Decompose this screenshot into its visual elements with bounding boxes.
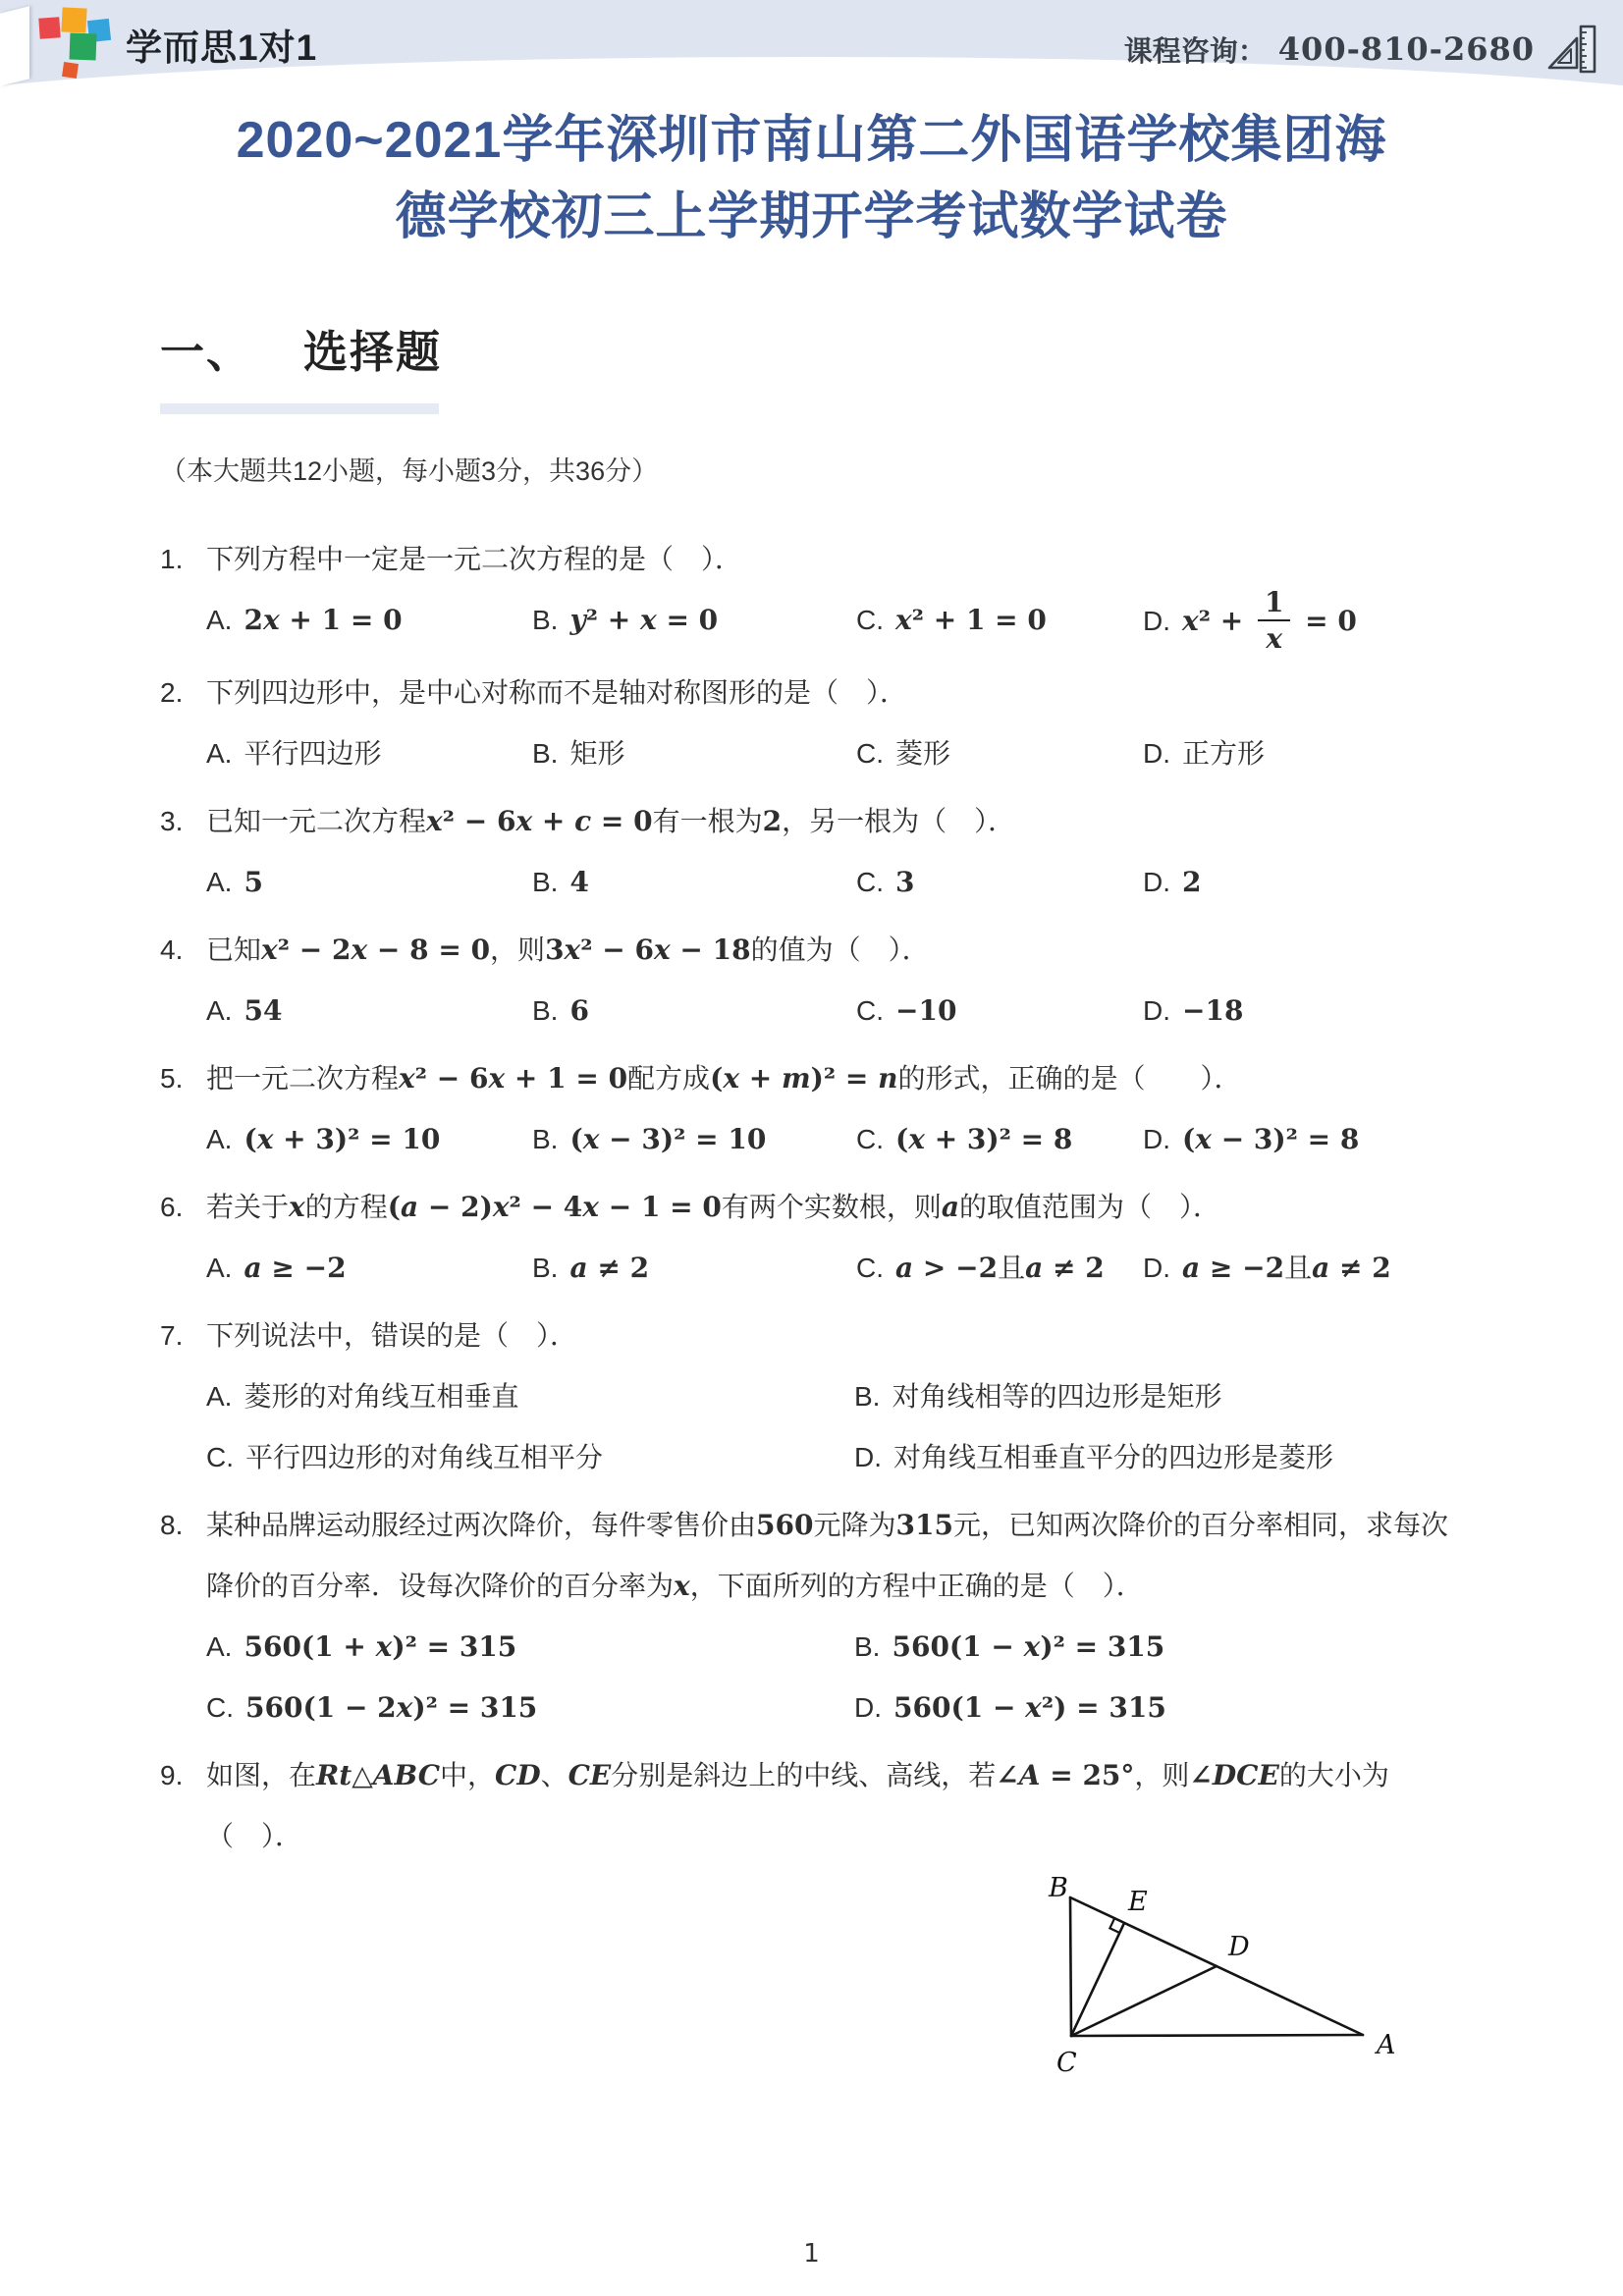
text-segment: 对角线互相垂直平分的四边形是菱形 [893,1442,1333,1472]
math-segment: (x − 3)² = 8 [1182,1123,1359,1155]
math-segment: CD [495,1759,541,1791]
page-number: 1 [0,2239,1623,2269]
question-6: 6.若关于x的方程(a − 2)x² − 4x − 1 = 0有两个实数根，则a… [160,1177,1463,1299]
math-segment: Rt△ABC [316,1759,440,1791]
content-area: 一、选择题 （本大题共12小题，每小题3分，共36分） 1.下列方程中一定是一元… [0,316,1623,2086]
option-B: B.6 [532,981,856,1041]
page-title: 2020~2021学年深圳市南山第二外国语学校集团海 德学校初三上学期开学考试数… [0,102,1623,255]
math-segment: 4 [569,866,588,898]
option-label: C. [206,1692,234,1723]
question-text: 6.若关于x的方程(a − 2)x² − 4x − 1 = 0有两个实数根，则a… [160,1177,1463,1238]
set-square-ruler-icon [1546,24,1597,75]
text-segment: 把一元二次方程 [206,1063,399,1094]
question-8: 8.某种品牌运动服经过两次降价，每件零售价由560元降为315元，已知两次降价的… [160,1495,1463,1738]
math-segment: (x + 3)² = 10 [243,1123,440,1155]
option-B: B.(x − 3)² = 10 [532,1109,856,1170]
option-A: A.平行四边形 [206,723,532,784]
math-segment: (x − 3)² = 10 [569,1123,766,1155]
text-segment: ，则 [1134,1760,1189,1790]
question-3: 3.已知一元二次方程x² − 6x + c = 0有一根为2，另一根为（ ）．A… [160,791,1463,913]
math-segment: 3 [895,866,914,898]
math-segment: (x + m)² = n [710,1062,897,1095]
vertex-label-B: B [1048,1875,1068,1903]
question-1: 1.下列方程中一定是一元二次方程的是（ ）．A.2x + 1 = 0B.y² +… [160,529,1463,656]
text-segment: 的取值范围为（ ）． [959,1192,1220,1222]
math-segment: = 0 [1295,605,1356,637]
math-segment: 2x + 1 = 0 [243,604,402,636]
math-segment: a ≠ 2 [569,1252,649,1284]
option-A: A.a ≥ −2 [206,1238,532,1299]
text-segment: 已知 [206,934,261,965]
option-B: B.560(1 − x)² = 315 [854,1617,1463,1678]
question-number: 3. [160,791,206,852]
math-segment: 5 [243,866,262,898]
math-segment: a ≥ −2 [1182,1252,1284,1284]
section-index: 一、 [160,327,252,377]
question-number: 4. [160,920,206,981]
question-text: 1.下列方程中一定是一元二次方程的是（ ）． [160,529,1463,590]
math-segment: 560(1 − x²) = 315 [893,1691,1166,1724]
text-segment: 矩形 [569,738,624,769]
question-list: 1.下列方程中一定是一元二次方程的是（ ）．A.2x + 1 = 0B.y² +… [160,529,1463,1867]
option-D: D.2 [1143,852,1463,913]
math-segment: 560 [756,1509,813,1541]
contact-phone-number: 400-810-2680 [1278,30,1535,68]
option-row: A.560(1 + x)² = 315B.560(1 − x)² = 315C.… [206,1617,1463,1738]
option-B: B.4 [532,852,856,913]
math-segment: 54 [243,994,282,1027]
text-segment: 若关于 [206,1192,289,1222]
brand-logo-icon [39,6,112,82]
option-row: A.(x + 3)² = 10B.(x − 3)² = 10C.(x + 3)²… [206,1109,1463,1170]
math-segment: x [674,1570,690,1602]
option-D: D.−18 [1143,981,1463,1041]
question-5: 5.把一元二次方程x² − 6x + 1 = 0配方成(x + m)² = n的… [160,1048,1463,1170]
option-B: B.a ≠ 2 [532,1238,856,1299]
question-number: 7. [160,1306,206,1366]
contact-info: 课程咨询： 400-810-2680 [1124,14,1597,75]
math-segment: ∠DCE [1189,1759,1278,1791]
question-number: 8. [160,1495,206,1556]
option-row: A.2x + 1 = 0B.y² + x = 0C.x² + 1 = 0D.x²… [206,590,1463,656]
math-segment: x² − 6x + 1 = 0 [399,1062,627,1095]
option-row: A.平行四边形B.矩形C.菱形D.正方形 [206,723,1463,784]
option-D: D.(x − 3)² = 8 [1143,1109,1463,1170]
text-segment: 某种品牌运动服经过两次降价，每件零售价由 [206,1510,756,1540]
math-segment: 560(1 − 2x)² = 315 [245,1691,537,1724]
option-C: C.560(1 − 2x)² = 315 [206,1678,854,1738]
text-segment: 菱形 [895,738,950,769]
vertex-label-A: A [1374,2030,1396,2060]
math-segment: CE [568,1759,612,1791]
option-label: A. [206,867,232,897]
option-label: A. [206,1124,232,1154]
option-label: D. [854,1442,882,1472]
text-segment: ，另一根为（ ）． [782,806,1015,836]
option-label: C. [856,605,884,635]
math-segment: 6 [569,994,588,1027]
option-label: A. [206,738,232,769]
text-segment: 平行四边形 [243,738,381,769]
option-D: D.x² + 1x = 0 [1143,590,1463,656]
text-segment: 且 [998,1253,1025,1283]
section-name: 选择题 [303,327,442,377]
question-text: 7.下列说法中，错误的是（ ）． [160,1306,1463,1366]
option-label: D. [1143,1253,1170,1283]
math-segment: 560(1 − x)² = 315 [892,1630,1164,1663]
math-segment: a ≠ 2 [1312,1252,1391,1284]
math-segment: x² + 1 = 0 [895,604,1047,636]
option-C: C.菱形 [856,723,1143,784]
math-segment: a ≠ 2 [1025,1252,1105,1284]
option-A: A.2x + 1 = 0 [206,590,532,656]
option-row: A.5B.4C.3D.2 [206,852,1463,913]
option-label: A. [206,1631,232,1662]
text-segment: 平行四边形的对角线互相平分 [245,1442,603,1472]
question-text: 4.已知x² − 2x − 8 = 0，则3x² − 6x − 18的值为（ ）… [160,920,1463,981]
page-title-line-1: 2020~2021学年深圳市南山第二外国语学校集团海 [0,102,1623,179]
contact-label: 课程咨询： [1124,29,1267,70]
option-label: B. [532,867,558,897]
option-B: B.y² + x = 0 [532,590,856,656]
vertex-label-C: C [1056,2048,1077,2078]
option-row: A.菱形的对角线互相垂直B.对角线相等的四边形是矩形C.平行四边形的对角线互相平… [206,1366,1463,1488]
option-label: B. [532,995,558,1026]
text-segment: 的方程 [305,1192,388,1222]
math-segment: 2 [1182,866,1201,898]
option-label: D. [1143,606,1170,636]
option-D: D.对角线互相垂直平分的四边形是菱形 [854,1427,1463,1488]
math-segment: x² − 2x − 8 = 0 [261,934,490,966]
text-segment: 对角线相等的四边形是矩形 [892,1381,1221,1412]
text-segment: 菱形的对角线互相垂直 [243,1381,518,1412]
option-D: D.560(1 − x²) = 315 [854,1678,1463,1738]
question-text: 2.下列四边形中，是中心对称而不是轴对称图形的是（ ）． [160,663,1463,723]
question-number: 6. [160,1177,206,1238]
option-label: A. [206,1253,232,1283]
vertex-label-D: D [1227,1932,1250,1962]
option-label: D. [1143,1124,1170,1154]
option-C: C.−10 [856,981,1143,1041]
option-A: A.(x + 3)² = 10 [206,1109,532,1170]
math-segment: 2 [763,805,782,837]
text-segment: 且 [1284,1253,1312,1283]
text-segment: 的值为（ ）． [751,934,930,965]
option-C: C.x² + 1 = 0 [856,590,1143,656]
question-number: 5. [160,1048,206,1109]
option-label: C. [856,1124,884,1154]
question-9: 9.如图，在Rt△ABC中，CD、CE分别是斜边上的中线、高线，若∠A = 25… [160,1745,1463,1867]
question-number: 1. [160,529,206,590]
math-segment: a [942,1191,959,1223]
option-label: B. [532,605,558,635]
option-label: B. [854,1631,880,1662]
option-D: D.a ≥ −2且a ≠ 2 [1143,1238,1463,1299]
option-label: B. [532,738,558,769]
option-label: C. [856,1253,884,1283]
text-segment: 、 [541,1760,568,1790]
section-meta: （本大题共12小题，每小题3分，共36分） [160,450,1463,488]
option-label: B. [532,1253,558,1283]
text-segment: ，则 [490,934,545,965]
text-segment: 有一根为 [653,806,763,836]
option-label: A. [206,1381,232,1412]
math-segment: 315 [895,1509,952,1541]
text-segment: ，下面所列的方程中正确的是（ ）． [690,1571,1144,1601]
question-7: 7.下列说法中，错误的是（ ）．A.菱形的对角线互相垂直B.对角线相等的四边形是… [160,1306,1463,1488]
option-C: C.(x + 3)² = 8 [856,1109,1143,1170]
text-segment: 元降为 [813,1510,895,1540]
math-segment: (x + 3)² = 8 [895,1123,1072,1155]
text-segment: 下列说法中，错误的是（ ）． [206,1320,577,1351]
text-segment: 的形式，正确的是（ ）． [897,1063,1241,1094]
option-C: C.a > −2且a ≠ 2 [856,1238,1143,1299]
text-segment: 中， [440,1760,495,1790]
math-segment: (a − 2)x² − 4x − 1 = 0 [388,1191,722,1223]
option-row: A.54B.6C.−10D.−18 [206,981,1463,1041]
option-B: B.矩形 [532,723,856,784]
text-segment: 已知一元二次方程 [206,806,426,836]
page-header: 学而思1对1 课程咨询： 400-810-2680 [0,0,1623,57]
math-segment: a ≥ −2 [243,1252,346,1284]
brand-logo: 学而思1对1 [39,6,317,82]
math-segment: y² + x = 0 [569,604,718,636]
question9-figure: B E D C A [160,1875,1463,2086]
text-segment: 分别是斜边上的中线、高线，若 [611,1760,996,1790]
option-A: A.菱形的对角线互相垂直 [206,1366,854,1427]
option-row: A.a ≥ −2B.a ≠ 2C.a > −2且a ≠ 2D.a ≥ −2且a … [206,1238,1463,1299]
text-segment: 正方形 [1182,738,1265,769]
vertex-label-E: E [1127,1887,1148,1917]
option-C: C.3 [856,852,1143,913]
option-label: C. [856,867,884,897]
option-label: C. [856,738,884,769]
section-heading: 一、选择题 [160,316,1463,380]
text-segment: 配方成 [627,1063,710,1094]
option-A: A.5 [206,852,532,913]
math-segment: ∠A = 25° [996,1759,1134,1791]
math-segment: x [289,1191,305,1223]
option-label: A. [206,605,232,635]
option-C: C.平行四边形的对角线互相平分 [206,1427,854,1488]
question-4: 4.已知x² − 2x − 8 = 0，则3x² − 6x − 18的值为（ ）… [160,920,1463,1041]
question-number: 2. [160,663,206,723]
question-text: 5.把一元二次方程x² − 6x + 1 = 0配方成(x + m)² = n的… [160,1048,1463,1109]
question-text: 3.已知一元二次方程x² − 6x + c = 0有一根为2，另一根为（ ）． [160,791,1463,852]
text-segment: 如图，在 [206,1760,316,1790]
question-text: 8.某种品牌运动服经过两次降价，每件零售价由560元降为315元，已知两次降价的… [160,1495,1463,1617]
option-label: B. [854,1381,880,1412]
triangle-figure-svg: B E D C A [1031,1875,1443,2086]
option-label: D. [854,1692,882,1723]
text-segment: 下列四边形中，是中心对称而不是轴对称图形的是（ ）． [206,677,907,708]
section-heading-underline [160,403,439,414]
math-segment: −10 [895,994,956,1027]
option-label: A. [206,995,232,1026]
question-2: 2.下列四边形中，是中心对称而不是轴对称图形的是（ ）．A.平行四边形B.矩形C… [160,663,1463,784]
math-segment: x² − 6x + c = 0 [426,805,653,837]
math-segment: 3x² − 6x − 18 [545,934,751,966]
math-segment: −18 [1182,994,1243,1027]
option-D: D.正方形 [1143,723,1463,784]
option-label: C. [206,1442,234,1472]
option-label: D. [1143,738,1170,769]
fraction: 1x [1258,588,1290,654]
math-segment: a > −2 [895,1252,998,1284]
option-label: B. [532,1124,558,1154]
option-label: C. [856,995,884,1026]
option-A: A.54 [206,981,532,1041]
math-segment: 560(1 + x)² = 315 [243,1630,516,1663]
page-title-line-2: 德学校初三上学期开学考试数学试卷 [0,179,1623,255]
option-B: B.对角线相等的四边形是矩形 [854,1366,1463,1427]
question-text: 9.如图，在Rt△ABC中，CD、CE分别是斜边上的中线、高线，若∠A = 25… [160,1745,1463,1867]
brand-logo-text: 学而思1对1 [126,18,317,71]
text-segment: 有两个实数根，则 [722,1192,942,1222]
option-A: A.560(1 + x)² = 315 [206,1617,854,1678]
option-label: D. [1143,995,1170,1026]
math-segment: x² + [1182,605,1253,637]
option-label: D. [1143,867,1170,897]
question-number: 9. [160,1745,206,1806]
text-segment: 下列方程中一定是一元二次方程的是（ ）． [206,544,742,574]
